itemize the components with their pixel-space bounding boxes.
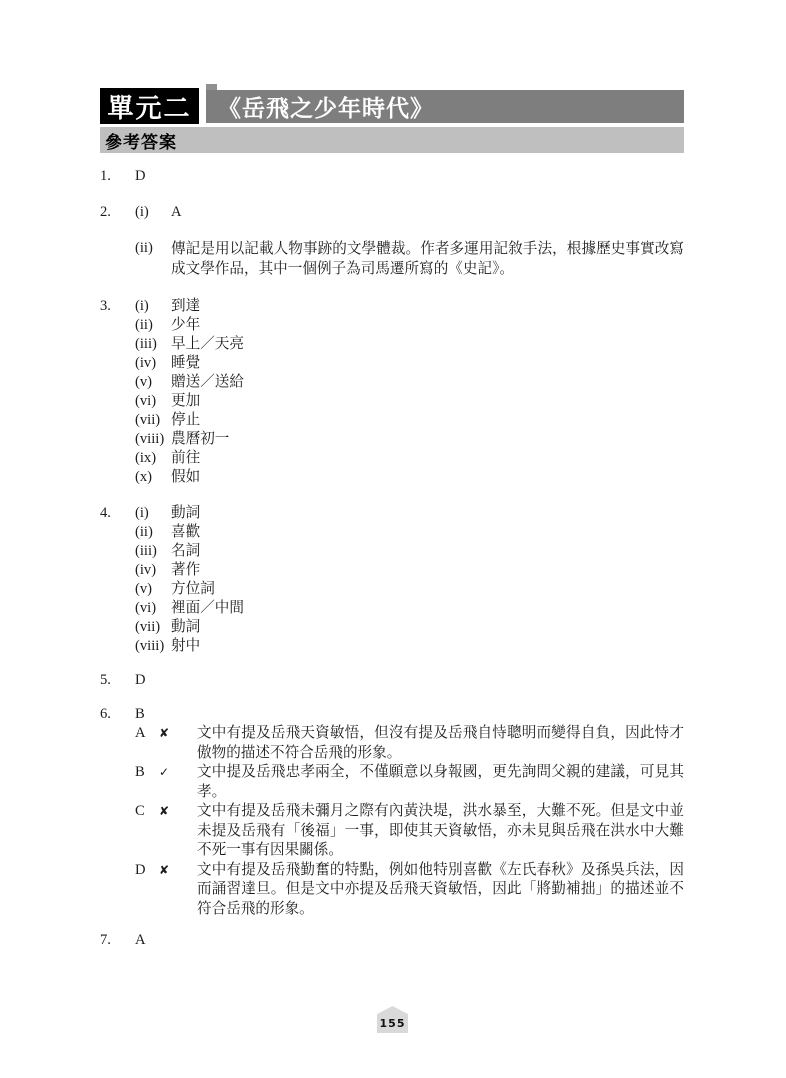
list-item: (viii)射中 (135, 637, 684, 656)
answer-text: 著作 (171, 561, 200, 580)
question-2-part-i: (i) A (135, 203, 684, 222)
part-label: (iii) (135, 542, 171, 561)
part-label: (viii) (135, 430, 171, 449)
list-item: (viii)農曆初一 (135, 430, 684, 449)
option-letter: B (135, 763, 159, 783)
part-label: (i) (135, 297, 171, 316)
answer-value: D (135, 167, 146, 186)
answer-value: A (135, 931, 146, 950)
part-label: (ii) (135, 523, 171, 542)
option-row: A ✘ 文中有提及岳飛天資敏悟，但沒有提及岳飛自恃聰明而變得自負，因此恃才傲物的… (135, 724, 684, 763)
list-item: (v)贈送／送給 (135, 373, 684, 392)
part-label: (iv) (135, 561, 171, 580)
part-label: (vii) (135, 618, 171, 637)
answer-text: 假如 (171, 468, 200, 487)
answer-text: 前往 (171, 449, 200, 468)
question-2: 2. (i) A (ii) 傳記是用以記載人物事跡的文學體裁。作者多運用記敘手法… (100, 203, 684, 279)
option-letter: D (135, 861, 159, 881)
question-6-options: A ✘ 文中有提及岳飛天資敏悟，但沒有提及岳飛自恃聰明而變得自負，因此恃才傲物的… (135, 724, 684, 919)
answer-list: 1. D 2. (i) A (ii) 傳記是用以記載人物事跡的文學體裁。作者多運… (100, 153, 684, 950)
option-explanation: 文中有提及岳飛勤奮的特點，例如他特別喜歡《左氏春秋》及孫吳兵法，因而誦習達旦。但… (197, 861, 684, 920)
option-letter: A (135, 724, 159, 744)
list-item: (vi)裡面／中間 (135, 599, 684, 618)
answer-text: 早上／天亮 (171, 335, 244, 354)
part-label: (vii) (135, 411, 171, 430)
option-explanation: 文中有提及岳飛未彌月之際有內黃決堤，洪水暴至，大難不死。但是文中並未提及岳飛有「… (197, 802, 684, 861)
answer-text: 贈送／送給 (171, 373, 244, 392)
answer-text: 喜歡 (171, 523, 200, 542)
list-item: (i)到達 (135, 297, 684, 316)
page-number: 155 (380, 1017, 406, 1030)
unit-title: 《岳飛之少年時代》 (218, 90, 434, 123)
part-label: (viii) (135, 637, 171, 656)
answer-text: 農曆初一 (171, 430, 229, 449)
list-item: (ii)喜歡 (135, 523, 684, 542)
question-number: 1. (100, 167, 135, 186)
part-label: (i) (135, 504, 171, 523)
answer-value: D (135, 671, 146, 690)
answer-text: 傳記是用以記載人物事跡的文學體裁。作者多運用記敘手法，根據歷史事實改寫成文學作品… (171, 239, 684, 279)
list-item: (iii)名詞 (135, 542, 684, 561)
answer-text: 射中 (171, 637, 200, 656)
answer-value: B (135, 705, 145, 724)
part-label: (vi) (135, 392, 171, 411)
option-letter: C (135, 802, 159, 822)
answer-text: 少年 (171, 316, 200, 335)
list-item: (i)動詞 (135, 504, 684, 523)
option-row: C ✘ 文中有提及岳飛未彌月之際有內黃決堤，洪水暴至，大難不死。但是文中並未提及… (135, 802, 684, 861)
option-row: D ✘ 文中有提及岳飛勤奮的特點，例如他特別喜歡《左氏春秋》及孫吳兵法，因而誦習… (135, 861, 684, 920)
list-item: (ii)少年 (135, 316, 684, 335)
part-label: (iv) (135, 354, 171, 373)
answer-text: 動詞 (171, 504, 200, 523)
section-bar: 參考答案 (100, 127, 684, 153)
cross-icon: ✘ (159, 802, 197, 822)
answer-text: 睡覺 (171, 354, 200, 373)
option-explanation: 文中有提及岳飛天資敏悟，但沒有提及岳飛自恃聰明而變得自負，因此恃才傲物的描述不符… (197, 724, 684, 763)
part-label: (ii) (135, 316, 171, 335)
list-item: (vii)停止 (135, 411, 684, 430)
header-notch (206, 84, 217, 90)
part-label: (ix) (135, 449, 171, 468)
unit-header: 單元二 《岳飛之少年時代》 參考答案 (100, 88, 684, 153)
list-item: (iv)睡覺 (135, 354, 684, 373)
answer-value: A (171, 203, 182, 222)
question-3: 3. (i)到達 (ii)少年 (iii)早上／天亮 (iv)睡覺 (v)贈送／… (100, 297, 684, 487)
question-number: 6. (100, 705, 135, 724)
page-number-badge: 155 (377, 1006, 408, 1033)
question-number: 2. (100, 203, 135, 222)
question-5: 5. D (100, 671, 684, 690)
answer-text: 停止 (171, 411, 200, 430)
option-explanation: 文中提及岳飛忠孝兩全，不僅願意以身報國，更先詢問父親的建議，可見其孝。 (197, 763, 684, 802)
answer-text: 動詞 (171, 618, 200, 637)
list-item: (vi)更加 (135, 392, 684, 411)
unit-number-badge: 單元二 (100, 88, 199, 124)
part-label: (vi) (135, 599, 171, 618)
unit-header-row: 單元二 《岳飛之少年時代》 (100, 88, 684, 123)
part-label: (ii) (135, 239, 171, 258)
answer-text: 到達 (171, 297, 200, 316)
question-number: 7. (100, 931, 135, 950)
question-2-part-ii: (ii) 傳記是用以記載人物事跡的文學體裁。作者多運用記敘手法，根據歷史事實改寫… (135, 239, 684, 279)
check-icon: ✓ (159, 763, 197, 783)
cross-icon: ✘ (159, 861, 197, 881)
list-item: (iii)早上／天亮 (135, 335, 684, 354)
question-1: 1. D (100, 167, 684, 186)
part-label: (i) (135, 203, 171, 222)
list-item: (ix)前往 (135, 449, 684, 468)
question-number: 5. (100, 671, 135, 690)
question-7: 7. A (100, 931, 684, 950)
answer-text: 裡面／中間 (171, 599, 244, 618)
option-row: B ✓ 文中提及岳飛忠孝兩全，不僅願意以身報國，更先詢問父親的建議，可見其孝。 (135, 763, 684, 802)
part-label: (v) (135, 580, 171, 599)
answer-text: 更加 (171, 392, 200, 411)
cross-icon: ✘ (159, 724, 197, 744)
answer-key-page: 單元二 《岳飛之少年時代》 參考答案 1. D 2. (i) A (ii) (0, 0, 786, 1078)
question-6: 6. B (100, 705, 684, 724)
unit-title-bar: 《岳飛之少年時代》 (206, 90, 684, 123)
question-4: 4. (i)動詞 (ii)喜歡 (iii)名詞 (iv)著作 (v)方位詞 (v… (100, 504, 684, 656)
part-label: (x) (135, 468, 171, 487)
answer-text: 名詞 (171, 542, 200, 561)
list-item: (v)方位詞 (135, 580, 684, 599)
list-item: (vii)動詞 (135, 618, 684, 637)
part-label: (v) (135, 373, 171, 392)
list-item: (iv)著作 (135, 561, 684, 580)
question-number: 3. (100, 297, 135, 316)
question-number: 4. (100, 504, 135, 523)
list-item: (x)假如 (135, 468, 684, 487)
part-label: (iii) (135, 335, 171, 354)
answer-text: 方位詞 (171, 580, 215, 599)
section-label: 參考答案 (105, 128, 177, 153)
